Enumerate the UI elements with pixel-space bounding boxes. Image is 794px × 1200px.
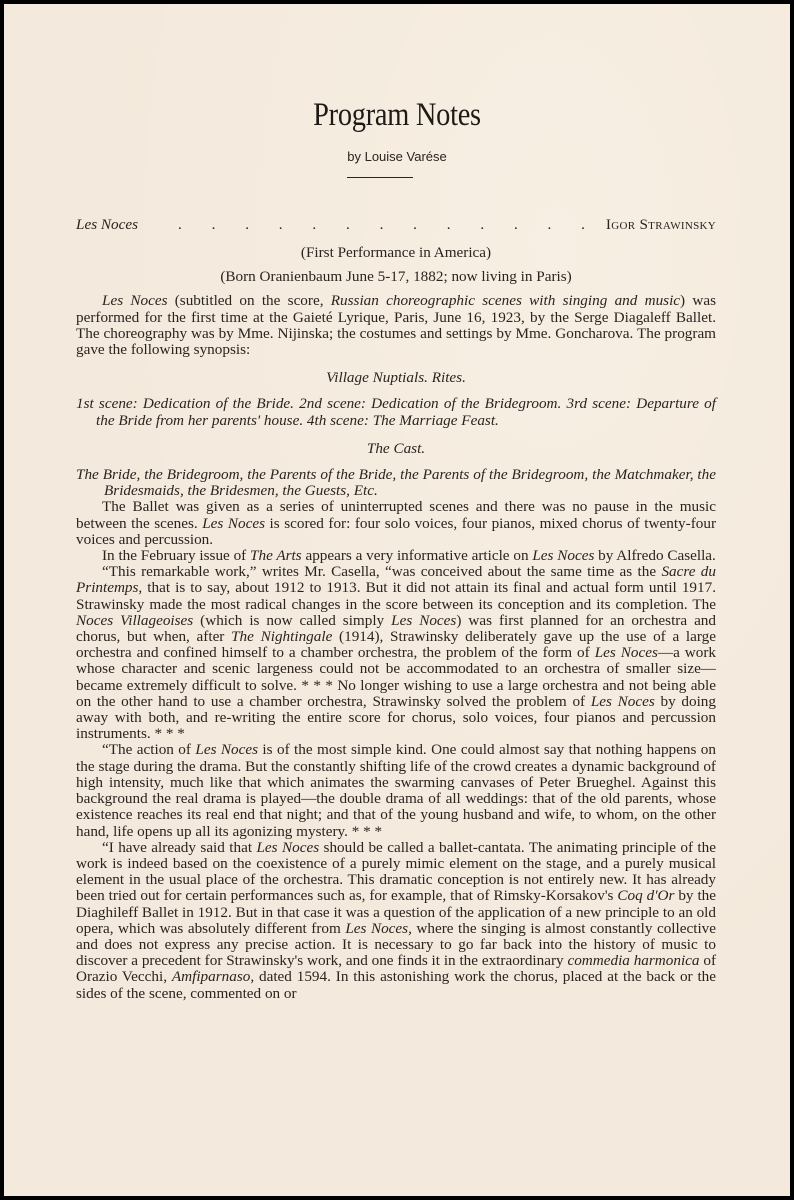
leader-dots: . . . . . . . . . . . . . . <box>138 217 606 235</box>
italic-text: Les Noces, <box>345 920 412 937</box>
intro-paragraph: Les Noces (subtitled on the score, Russi… <box>76 293 716 358</box>
text-run: “I have already said that <box>102 839 256 856</box>
synopsis-heading: Village Nuptials. Rites. <box>76 370 716 386</box>
article-body: Les Noces . . . . . . . . . . . . . . Ig… <box>76 217 716 1002</box>
page-title: Program Notes <box>59 97 735 134</box>
italic-text: Les Noces <box>595 644 658 661</box>
text-run: that is to say, about 1912 to 1913. But … <box>76 579 716 612</box>
text-run: “This remarkable work,” writes Mr. Casel… <box>102 563 661 580</box>
italic-text: Les Noces <box>102 292 167 309</box>
text-run: In the February issue of <box>102 547 250 564</box>
paragraph-the-arts: In the February issue of The Arts appear… <box>76 548 716 564</box>
composer-name: Igor Strawinsky <box>606 217 716 235</box>
italic-text: Amfiparnaso, <box>172 968 254 985</box>
italic-text: Les Noces <box>391 612 456 629</box>
work-title: Les Noces <box>76 217 138 235</box>
italic-text: Coq d'Or <box>617 887 674 904</box>
italic-text: The Nightingale <box>231 628 332 645</box>
italic-text: Noces Villageoises <box>76 612 193 629</box>
paragraph-action: “The action of Les Noces is of the most … <box>76 742 716 839</box>
cast-heading: The Cast. <box>76 441 716 457</box>
document-page: Program Notes by Louise Varése Les Noces… <box>4 4 790 1196</box>
paragraph-ballet-cantata: “I have already said that Les Noces shou… <box>76 840 716 1002</box>
composer-bio-note: (Born Oranienbaum June 5-17, 1882; now l… <box>76 269 716 285</box>
text-run: appears a very informative article on <box>302 547 533 564</box>
text-run: by Alfredo Casella. <box>594 547 715 564</box>
text-run: “The action of <box>102 741 195 758</box>
text-run: (subtitled on the score, <box>167 292 330 309</box>
italic-text: Les Noces <box>195 741 258 758</box>
italic-text: Russian choreographic scenes with singin… <box>331 292 680 309</box>
performance-note: (First Performance in America) <box>76 245 716 261</box>
italic-text: The Arts <box>250 547 302 564</box>
italic-text: Les Noces <box>202 515 265 532</box>
cast-list: The Bride, the Bridegroom, the Parents o… <box>76 467 716 499</box>
title-divider <box>347 177 413 178</box>
synopsis-scenes: 1st scene: Dedication of the Bride. 2nd … <box>76 396 716 428</box>
author-byline: by Louise Varése <box>4 149 790 164</box>
italic-text: commedia harmonica <box>567 952 699 969</box>
italic-text: Les Noces <box>532 547 594 564</box>
program-entry: Les Noces . . . . . . . . . . . . . . Ig… <box>76 217 716 235</box>
text-run: (which is now called simply <box>193 612 391 629</box>
italic-text: Les Noces <box>591 693 655 710</box>
paragraph-scoring: The Ballet was given as a series of unin… <box>76 499 716 548</box>
italic-text: Les Noces <box>256 839 319 856</box>
paragraph-casella-quote: “This remarkable work,” writes Mr. Casel… <box>76 564 716 742</box>
